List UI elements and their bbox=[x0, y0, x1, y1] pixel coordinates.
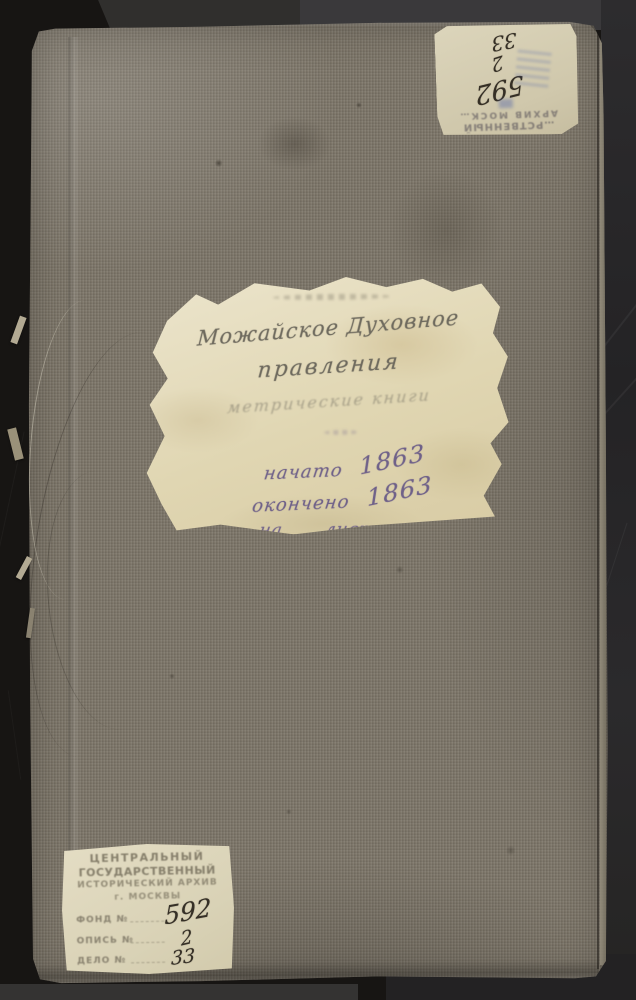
archive-stamp-line: ИСТОРИЧЕСКИЙ АРХИВ bbox=[65, 877, 229, 890]
faint-pencil-note bbox=[273, 293, 391, 300]
stamp-rule bbox=[131, 962, 165, 964]
delo-number-handwritten: 33 bbox=[171, 945, 195, 970]
delo-number-handwritten: 33 bbox=[491, 28, 517, 57]
inverted-label-content: …РСТВЕННЫЙ АРХИВ МОСК… 592 2 33 bbox=[434, 22, 580, 139]
faint-ink-note bbox=[324, 430, 358, 435]
top-right-archive-label: …РСТВЕННЫЙ АРХИВ МОСК… 592 2 33 bbox=[434, 22, 580, 139]
backdrop-scratch bbox=[8, 690, 22, 779]
delo-row-label: ДЕЛО № bbox=[77, 955, 126, 966]
opis-row-label: ОПИСЬ № bbox=[77, 935, 134, 946]
stamp-rule bbox=[131, 942, 165, 944]
bottom-left-archive-label: ЦЕНТРАЛЬНЫЙ ГОСУДАРСТВЕННЫЙ ИСТОРИЧЕСКИЙ… bbox=[61, 842, 236, 976]
stamp-rule bbox=[130, 921, 164, 923]
center-title-label: Можайское Духовное правления метрические… bbox=[145, 270, 514, 536]
fond-row-label: ФОНД № bbox=[76, 914, 128, 925]
finished-label: окончено bbox=[251, 492, 351, 517]
started-label: начато bbox=[263, 460, 345, 485]
archival-book-photo: …РСТВЕННЫЙ АРХИВ МОСК… 592 2 33 Можайско… bbox=[0, 0, 636, 1000]
blue-stamp-smudge bbox=[499, 99, 513, 108]
blue-stamp-smudge bbox=[514, 49, 552, 92]
torn-paper-scrap bbox=[10, 316, 26, 345]
finished-line: окончено1863 bbox=[251, 482, 433, 518]
backdrop-shape bbox=[0, 984, 358, 1000]
